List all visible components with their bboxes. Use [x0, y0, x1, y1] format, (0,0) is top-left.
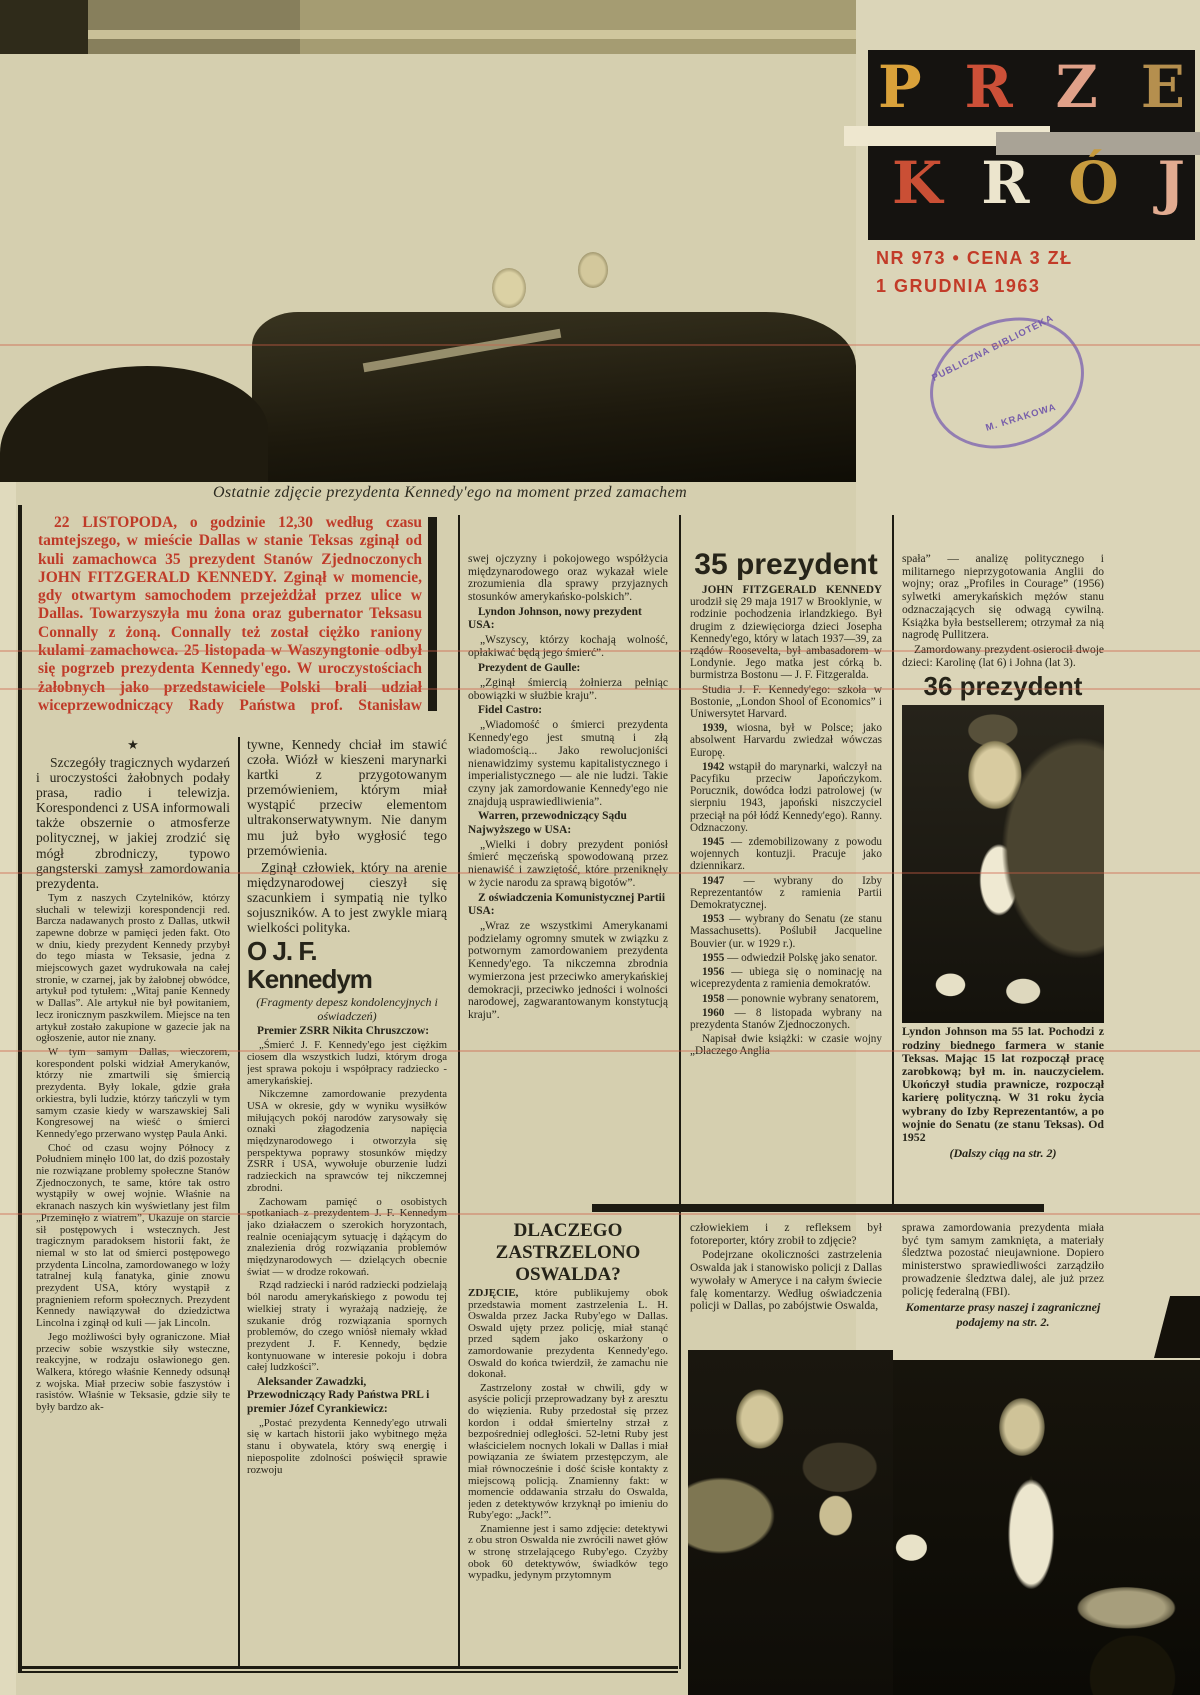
johnson-caption: Lyndon Johnson ma 55 lat. Pochodzi z rod…	[902, 1025, 1104, 1144]
scan-fold-line	[0, 688, 1200, 690]
speaker-degaulle: Prezydent de Gaulle:	[468, 662, 668, 675]
masthead-letter: P	[878, 58, 922, 116]
speaker-cpusa: Z oświadczenia Komunistycznej Partii USA…	[468, 892, 668, 918]
paragraph: 1956 — ubiega się o nominację na wicepre…	[690, 966, 882, 990]
photo-caption: Ostatnie zdjęcie prezydenta Kennedy'ego …	[60, 484, 840, 502]
paragraph: Jego możliwości były ograniczone. Miał p…	[36, 1332, 230, 1414]
stamp-text: PUBLICZNA BIBLIOTEKA	[923, 309, 1063, 388]
masthead-letter: J	[1158, 154, 1185, 212]
presidential-limousine	[252, 312, 856, 482]
press-comments-note: Komentarze prasy naszej i zagranicznej p…	[902, 1300, 1104, 1330]
masthead-letter: Z	[1056, 58, 1098, 116]
scan-fold-line	[0, 1050, 1200, 1052]
column-2: tywne, Kennedy chciał im stawić czoła. W…	[247, 737, 447, 1668]
paragraph: „Śmierć J. F. Kennedy'ego jest ciężkim c…	[247, 1040, 447, 1087]
paragraph: 1947 — wybrany do Izby Reprezentantów z …	[690, 875, 882, 912]
kennedy-figure	[492, 268, 526, 308]
president-35-headline: 35 prezydent	[690, 548, 882, 582]
paragraph: JOHN FITZGERALD KENNEDY urodził się 29 m…	[690, 584, 882, 682]
paragraph: Rząd radziecki i naród radziecki podziel…	[247, 1280, 447, 1374]
passenger-figure	[578, 252, 608, 288]
paragraph: 1953 — wybrany do Senatu (ze stanu Massa…	[690, 913, 882, 950]
paragraph: „Wszyscy, którzy kochają wolność, opłaki…	[468, 634, 668, 659]
paragraph: Nikczemne zamordowanie prezydenta USA w …	[247, 1089, 447, 1194]
paragraph: człowiekiem i z refleksem był fotoreport…	[690, 1222, 882, 1247]
scan-fold-line	[0, 344, 1200, 346]
column-rule	[892, 515, 894, 1207]
paragraph: 1960 — 8 listopada wybrany na prezydenta…	[690, 1007, 882, 1031]
photo-background-rail	[0, 0, 856, 54]
masthead-letter: Ó	[1068, 154, 1119, 212]
paragraph: „Wiadomość o śmierci prezydenta Kennedy'…	[468, 719, 668, 808]
paragraph: Zachowam pamięć o osobistych spotkaniach…	[247, 1197, 447, 1279]
foreground-silhouette	[0, 366, 268, 482]
lead-date: 22 LISTOPODA, o godzinie 12,30	[54, 514, 313, 531]
paragraph: Choć od czasu wojny Północy z Południem …	[36, 1143, 230, 1330]
paragraph: Napisał dwie książki: w czasie wojny „Dl…	[690, 1033, 882, 1057]
issue-number: NR 973 • CENA 3 ZŁ	[876, 248, 1073, 269]
paragraph: Zamordowany prezydent osierocił dwoje dz…	[902, 644, 1104, 669]
left-rule	[18, 505, 22, 1671]
masthead-line2: KRÓJ	[878, 154, 1185, 212]
paragraph: (Fragmenty depesz kondolencyjnych i oświ…	[247, 995, 447, 1023]
section-star: ★	[36, 737, 230, 753]
paragraph: 1939, wiosna, był w Polsce; jako absolwe…	[690, 722, 882, 759]
paragraph: Szczegóły tragicznych wydarzeń i uroczys…	[36, 755, 230, 891]
paragraph: Podejrzane okoliczności zastrzelenia Osw…	[690, 1249, 882, 1313]
masthead: PRZE KRÓJ	[868, 50, 1195, 240]
scan-fold-line	[0, 650, 1200, 652]
oswald-transfer-photo	[688, 1350, 893, 1695]
masthead-letter: R	[981, 154, 1029, 212]
magazine-page: PRZE KRÓJ NR 973 • CENA 3 ZŁ 1 GRUDNIA 1…	[0, 0, 1200, 1695]
paragraph: W tym samym Dallas, wieczorem, korespond…	[36, 1047, 230, 1141]
oswald-box: DLACZEGO ZASTRZELONO OSWALDA?ZDJĘCIE, kt…	[468, 1220, 668, 1666]
paragraph: 1958 — ponownie wybrany senatorem,	[690, 993, 882, 1005]
president-36-headline: 36 prezydent	[902, 671, 1104, 701]
paragraph: ZDJĘCIE, które publikujemy obok przedsta…	[468, 1288, 668, 1381]
scan-fold-line	[0, 1213, 1200, 1215]
column-5-lower: sprawa zamordowania prezydenta miała być…	[902, 1222, 1104, 1358]
page-left-margin	[0, 482, 16, 1695]
paragraph: Tym z naszych Czytelników, którzy słucha…	[36, 893, 230, 1045]
speaker-warren: Warren, przewodniczący Sądu Najwyższego …	[468, 810, 668, 836]
lead-text: według czasu tamtejszego, w mieście Dall…	[38, 514, 422, 714]
page-edge-mark	[1154, 1296, 1200, 1358]
masthead-letter: E	[1141, 58, 1185, 116]
oswald-box-headline: DLACZEGO ZASTRZELONO OSWALDA?	[468, 1220, 668, 1286]
scan-fold-line	[0, 872, 1200, 874]
speaker-khrushchev: Premier ZSRR Nikita Chruszczow:	[247, 1025, 447, 1038]
ruby-shooting-photo	[893, 1360, 1200, 1695]
masthead-letter: K	[892, 154, 942, 212]
library-stamp: PUBLICZNA BIBLIOTEKA M. KRAKOWA	[910, 295, 1104, 471]
stamp-text: M. KRAKOWA	[947, 390, 1096, 445]
column-rule	[238, 737, 240, 1669]
column-4-biography: 35 prezydentJOHN FITZGERALD KENNEDY urod…	[690, 548, 882, 1204]
paragraph: „Wielki i dobry prezydent poniósł śmierć…	[468, 839, 668, 890]
lead-side-bar	[428, 517, 437, 711]
speaker-zawadzki: Aleksander Zawadzki, Przewodniczący Rady…	[247, 1376, 447, 1416]
paragraph: 1945 — zdemobilizowany z powodu wojennyc…	[690, 836, 882, 873]
continuation-note: (Dalszy ciąg na str. 2)	[902, 1146, 1104, 1161]
paragraph: spała” — analizę politycznego i militarn…	[902, 553, 1104, 642]
paragraph: Zastrzelony został w chwili, gdy w asyśc…	[468, 1383, 668, 1522]
lead-paragraph: 22 LISTOPODA, o godzinie 12,30 według cz…	[38, 514, 422, 714]
kennedy-motorcade-photo	[0, 0, 856, 482]
paragraph: tywne, Kennedy chciał im stawić czoła. W…	[247, 737, 447, 858]
masthead-letter: R	[964, 58, 1012, 116]
speaker-castro: Fidel Castro:	[468, 704, 668, 717]
johnson-portrait-photo	[902, 705, 1104, 1023]
issue-date: 1 GRUDNIA 1963	[876, 276, 1040, 297]
speaker-johnson: Lyndon Johnson, nowy prezydent USA:	[468, 606, 668, 632]
column-4-lower: człowiekiem i z refleksem był fotoreport…	[690, 1222, 882, 1348]
o-jfk-headline: O J. F. Kennedym	[247, 937, 447, 993]
paragraph: swej ojczyzny i pokojowego współżycia mi…	[468, 553, 668, 604]
paragraph: 1942 wstąpił do marynarki, walczył na Pa…	[690, 761, 882, 834]
column-1: ★Szczegóły tragicznych wydarzeń i uroczy…	[36, 737, 230, 1668]
paragraph: „Wraz ze wszystkimi Amerykanami podziela…	[468, 920, 668, 1022]
paragraph: 1955 — odwiedził Polskę jako senator.	[690, 952, 882, 964]
paragraph: sprawa zamordowania prezydenta miała być…	[902, 1222, 1104, 1298]
paragraph: „Postać prezydenta Kennedy'ego utrwali s…	[247, 1418, 447, 1477]
section-divider-bar	[592, 1204, 1044, 1212]
paragraph: Znamienne jest i samo zdjęcie: detektywi…	[468, 1524, 668, 1582]
masthead-line1: PRZE	[878, 58, 1185, 116]
